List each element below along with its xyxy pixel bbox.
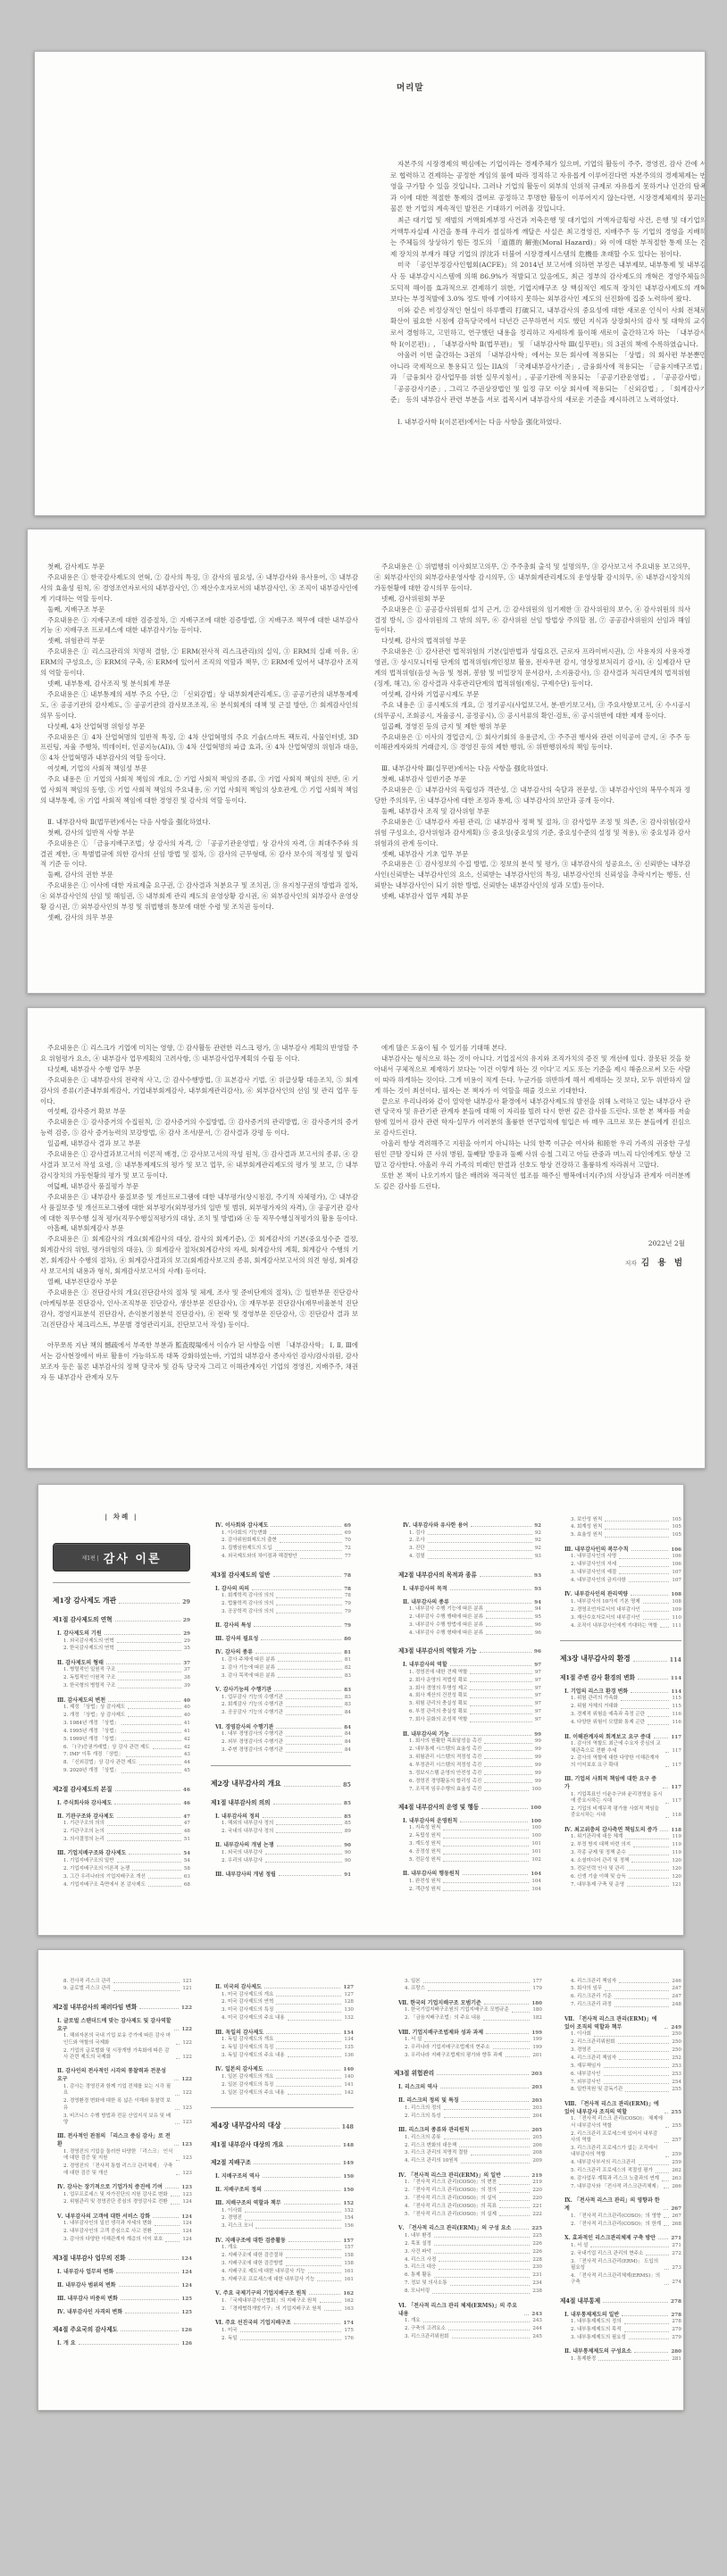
leader-dots [324, 2310, 341, 2311]
paragraph: 내부감사는 형식으로 하는 것이 아니다. 기업질서의 유지와 조직가치의 증진… [374, 1054, 690, 1096]
toc-entry: Ⅷ. 「전사적 리스크 관리(ERM)」에 있어 내부감사 조직의 역할255 [564, 2099, 681, 2115]
leader-dots [121, 1732, 181, 1733]
paragraph: 끝으로 우리나라와 같이 열악한 내부감사 환경에서 내부감사제도의 발전을 위… [374, 1096, 690, 1139]
toc-entry: Ⅲ. 독일의 감사제도134 [215, 2028, 354, 2036]
toc-entry: 3. 공공감사 기능의 수행기관84 [221, 1710, 351, 1716]
toc-entry: 3. 주변 경영감사의 수행기관84 [221, 1747, 351, 1754]
toc-entry-title: 제2절 감사제도의 본질 [53, 1784, 113, 1793]
paragraph: 주요내용은 ① 감사결과보고서의 이론적 배경, ② 감사보고서의 작성 원칙,… [40, 1149, 358, 1181]
toc-entry-page-number: 206 [532, 2143, 542, 2149]
toc-entry-page-number: 123 [181, 2185, 192, 2190]
toc-entry-page-number: 263 [672, 2176, 681, 2182]
leader-dots [665, 2127, 669, 2128]
toc-entry-title: Ⅱ. 기관구조와 감사제도 [57, 1812, 114, 1820]
toc-entry: 2. 한국감사제도의 연혁35 [63, 1646, 190, 1652]
leader-dots [254, 1626, 341, 1627]
toc-entry: 1. 경영진의 기업을 둘러싼 다양한 「리스크」 인식에 대한 검증 및 지원… [63, 2149, 192, 2163]
toc-entry-title: 2. 감사의 역할에 대한 다양한 이해관계자의 이익보호 요구 확대 [571, 1755, 663, 1769]
toc-entry-page-number: 120 [672, 1866, 681, 1872]
leader-dots [634, 2352, 668, 2353]
leader-dots [155, 2233, 180, 2234]
toc-entry-page-number: 142 [344, 2090, 354, 2097]
toc-entry-title: 5. 정보시스템 운영의 안전성 촉진 [409, 1771, 481, 1777]
toc-entry-title: 2. 「경제협력개발기구」의 기업지배구조 원칙 [221, 2306, 322, 2313]
toc-entry: 1. 「국제내부감사인협회」의 지배구조 원칙162 [221, 2298, 354, 2305]
leader-dots [664, 2188, 669, 2188]
leader-dots [664, 2113, 668, 2113]
toc-entry-title: 1. 서 설 [405, 2037, 422, 2043]
toc-entry: 1. 내부감사 수행 기능에 따른 분류94 [409, 1606, 541, 1613]
toc-entry-title: 6. 부정 관리의 충실성 확보 [409, 1709, 467, 1715]
toc-entry-page-number: 99 [535, 1771, 541, 1777]
toc-entry-page-number: 123 [182, 2192, 192, 2198]
toc-entry: Ⅴ. 「전사적 리스크 관리(ERM)」의 구성 요소225 [398, 2223, 542, 2231]
leader-dots [665, 2156, 669, 2157]
toc-column-2: Ⅳ. 이사회와 감사제도691. 이사회의 기능변화692. 감사위원회제도의 … [211, 1515, 351, 1878]
leader-dots [175, 2109, 180, 2110]
leader-dots [654, 1738, 669, 1738]
toc-entry-title: 제3장 내부감사의 환경 [560, 1654, 631, 1663]
paragraph: 주요내용은 ① 지배구조에 대한 검증절차, ② 지배구조에 대한 검증방법, … [40, 615, 358, 637]
toc-entry-page-number: 156 [344, 2223, 354, 2230]
toc-entry: 8. 일반직원 및 감독기관255 [571, 2087, 681, 2093]
toc-entry-title: 3. 1984년 개정 「상법」 [63, 1721, 119, 1727]
toc-entry-title: 3. 일본 감사제도의 주요 내용 [221, 2090, 285, 2097]
toc-entry: 2. 「전사적 리스크관리(COSO)」의 한계268 [571, 2222, 681, 2228]
toc-entry-title: 1. 위험 관리의 가속화 [571, 1696, 618, 1702]
toc-entry: 1. 감사의 역할도 최근에 수요자 중심의 교체관측으로 전환 추세117 [571, 1741, 681, 1755]
toc-entry-page-number: 105 [672, 1532, 681, 1538]
toc-entry-title: Ⅰ. 기업의 리스크 환경 변화 [564, 1687, 628, 1695]
toc-entry-title: 3. 미국 감사제도의 특징 [221, 2007, 273, 2013]
toc-entry-page-number: 228 [532, 2257, 542, 2263]
toc-entry-title: 2. 경영진의 「전사적 통합 리스크 관리체제」 구축에 대한 검증 및 개선 [63, 2163, 173, 2177]
leader-dots [604, 2075, 670, 2076]
toc-entry-page-number: 58 [184, 1866, 190, 1872]
toc-entry: 2. 기업의 비재무적 평가를 사회적 책임을 중요시하는 시대118 [571, 1806, 681, 1820]
toc-entry-page-number: 90 [344, 1843, 351, 1848]
toc-entry-page-number: 121 [182, 1986, 192, 1992]
toc-entry: 5. 리스크 대응230 [405, 2264, 542, 2271]
toc-entry: 3. 회사 경영의 투명성 제고97 [409, 1686, 541, 1692]
toc-entry-title: 3. 리스크관리위원회 [405, 2334, 449, 2340]
leader-dots [493, 2048, 531, 2049]
toc-entry-page-number: 180 [531, 2001, 542, 2006]
toc-entry: Ⅳ. 이사회와 감사제도69 [215, 1521, 351, 1529]
toc-entry-page-number: 79 [345, 1609, 351, 1615]
toc-entry-title: 3. 비즈니스 수행 방법과 전문 산업지식 보유 및 배양 [63, 2113, 172, 2127]
toc-entry: 4. 리스크 관리의 10원칙209 [405, 2158, 542, 2164]
toc-entry-title: Ⅲ. 감사제도의 변천 [57, 1696, 105, 1704]
toc-entry: Ⅰ. 주식회사와 감사제도46 [57, 1798, 190, 1806]
toc-entry: 7. 외부감사인254 [571, 2080, 681, 2086]
leader-dots [277, 1846, 342, 1847]
leader-dots [631, 1692, 668, 1693]
toc-entry: 1. 「전사적 리스크 관리(COSO)」의 변천219 [405, 2180, 542, 2186]
toc-entry-page-number: 255 [671, 2110, 681, 2115]
leader-dots [264, 2190, 340, 2191]
leader-dots [484, 1790, 529, 1791]
toc-entry-title: Ⅱ. 리스크의 정의 및 특징 [398, 2096, 459, 2104]
toc-entry-title: 3. 지배구조에 대한 검증방법 [221, 2261, 283, 2267]
leader-dots [514, 2229, 529, 2230]
leader-dots [470, 1713, 532, 1714]
toc-entry-page-number: 45 [184, 1768, 190, 1774]
toc-header: | 차례 | [53, 1512, 190, 1521]
leader-dots [148, 1886, 181, 1887]
paragraph: 셋째, 위험관리 부문 [40, 636, 358, 646]
leader-dots [434, 2253, 530, 2254]
toc-entry-title: 3. 내부감사인의 예절 [571, 1570, 616, 1576]
leader-dots [484, 1774, 532, 1775]
leader-dots [263, 1817, 342, 1818]
toc-entry: 1. 감사는 경영진과 함께 기업 전체를 보는 시각 필요122 [63, 2084, 192, 2097]
toc-entry-page-number: 41 [184, 1721, 190, 1727]
toc-entry: 2. 감사 기능에 따른 분류82 [221, 1665, 351, 1671]
toc-entry-page-number: 123 [182, 2105, 192, 2112]
toc-entry-page-number: 63 [184, 1874, 190, 1880]
toc-entry: Ⅵ. 주요 선진국의 기업지배구조174 [215, 2318, 354, 2326]
toc-entry: 제2절 내부감사의 목적과 종류93 [398, 1570, 541, 1579]
toc-entry-page-number: 37 [184, 1667, 190, 1673]
toc-entry-title: Ⅷ. 기업지배구조법제와 성과 과제 [398, 2028, 483, 2036]
leader-dots [117, 1817, 181, 1818]
toc-entry: Ⅱ. 감사의 특성79 [215, 1621, 351, 1629]
leader-dots [275, 1550, 342, 1551]
leader-dots [288, 2094, 342, 2095]
leader-dots [171, 2204, 180, 2205]
leader-dots [622, 2315, 668, 2316]
leader-dots [631, 1862, 669, 1863]
toc-entry-title: 4. 외국제도와의 차이점과 해결방안 [221, 1554, 297, 1560]
toc-entry-title: 2. 미국 감사제도의 연혁 [221, 1999, 273, 2005]
toc-entry: 6. 신생 기술 이해 및 습득120 [571, 1874, 681, 1880]
toc-entry-page-number: 248 [672, 2002, 681, 2008]
toc-entry-title: 4. 「전사적 리스크 관리(COSO)」의 목표 [405, 2204, 497, 2210]
leader-dots [284, 1786, 340, 1787]
toc-entry: 제4장 내부감사의 대상148 [211, 2107, 354, 2130]
toc-entry-title: 4. 내부감사부서의 리스크관리 [571, 2160, 636, 2166]
toc-entry-page-number: 162 [344, 2298, 354, 2305]
toc-entry: 2. 리스크 변화의 대응책206 [405, 2143, 542, 2149]
leader-dots [499, 2200, 530, 2201]
leader-dots [598, 2360, 669, 2361]
toc-entry-page-number: 255 [672, 2087, 681, 2093]
toc-entry-page-number: 268 [672, 2222, 681, 2228]
leader-dots [428, 1558, 532, 1559]
toc-entry-title: 2. 구축의 고려요소 [405, 2326, 446, 2332]
leader-dots [165, 2188, 179, 2188]
toc-entry-page-number: 51 [184, 1837, 190, 1843]
toc-entry-title: 2. 위험관리 및 경영진단 중심의 경영감사로 전환 [63, 2199, 168, 2205]
toc-entry-title: 2. 일본 감사제도의 특징 [221, 2082, 273, 2088]
toc-entry-title: 6. 통제 활동 [405, 2272, 431, 2279]
toc-entry: 5. 지배구조 프로세스에 대한 내부감사 기능161 [221, 2277, 354, 2283]
leader-dots [107, 1840, 181, 1841]
toc-entry: 5. 전문인력 인사 및 관리120 [571, 1866, 681, 1872]
leader-dots [486, 1611, 532, 1612]
paragraph: 주요내용은 ① 내부감사의 독립성과 객관성, ② 내부감사의 숙달과 전문성,… [374, 785, 690, 806]
toc-entry: 4. 내부감사인의 금지사항107 [571, 1578, 681, 1584]
toc-entry: 1. 미국175 [221, 2328, 354, 2334]
toc-entry-page-number: 243 [531, 2312, 542, 2317]
toc-entry-title: 1. 리스크의 정의 [405, 2105, 441, 2112]
paragraph: Ⅰ. 내부감사학 Ⅰ(이론편)에서는 다음 사항을 强化하였다. [390, 417, 706, 429]
toc-entry: 제2절 감사제도의 본질46 [53, 1784, 190, 1793]
toc-entry-title: Ⅱ. 지배구조의 정의 [215, 2185, 262, 2193]
toc-entry-page-number: 179 [532, 1986, 542, 1992]
leader-dots [245, 2212, 341, 2213]
toc-entry: Ⅱ. 내부통제제도의 구성요소280 [564, 2347, 681, 2355]
toc-entry: Ⅱ. 내부감사의 종류94 [403, 1597, 541, 1605]
toc-entry-title: 2. 경영환경 변화에 대한 폭 넓은 이해와 통찰력 보유 [63, 2098, 172, 2112]
leader-dots [443, 1830, 529, 1830]
toc-entry-title: 1. 이사회 [571, 2031, 591, 2038]
toc-entry-title: 1. 감사 주체에 따른 분류 [221, 1657, 275, 1663]
leader-dots [512, 2012, 531, 2013]
toc-entry-page-number: 247 [672, 1986, 681, 1992]
toc-entry-page-number: 77 [345, 1554, 351, 1560]
toc-entry: Ⅳ. 내부감사인 자격의 변화125 [57, 2307, 192, 2315]
toc-entry-title: 4. 공정성 원칙 [409, 1849, 440, 1855]
leader-dots [486, 1626, 532, 1627]
leader-dots [423, 2322, 531, 2322]
toc-entry-page-number: 220 [532, 2188, 542, 2194]
leader-dots [629, 1855, 670, 1855]
leader-dots [504, 2176, 529, 2177]
toc-entry-title: 1. 위기관리에 대응 체계 [571, 1834, 623, 1840]
toc-entry-title: Ⅱ. 내부감사 범위의 변화 [57, 2280, 116, 2288]
leader-dots [604, 2067, 670, 2068]
leader-dots [118, 1680, 181, 1680]
toc-entry-title: 3. 리스크관리 프로세스가 없는 조직에서 내부감사의 역할 [571, 2146, 663, 2159]
toc-entry-page-number: 158 [344, 2261, 354, 2267]
toc-entry: 5. 정보시스템 운영의 안전성 촉진99 [409, 1771, 541, 1777]
toc-entry: 1. 기업지배구조의 일반54 [63, 1858, 190, 1864]
toc-entry-title: 6. 감사업무 계획과 리스크 노출과의 연계 [571, 2176, 659, 2182]
toc-entry-page-number: 99 [535, 1763, 541, 1769]
toc-entry: 7. 회사 문화의 조성적 역할97 [409, 1717, 541, 1723]
toc-entry: Ⅹ. 효과적인 리스크관리체제 구축 방안271 [564, 2233, 681, 2241]
leader-dots [428, 1542, 532, 1543]
toc-entry-page-number: 92 [535, 1538, 541, 1544]
toc-entry-title: 2. 한국감사제도의 연혁 [63, 1646, 114, 1652]
leader-dots [175, 2095, 180, 2096]
toc-entry-page-number: 44 [184, 1760, 190, 1766]
toc-entry-page-number: 78 [344, 1587, 351, 1592]
leader-dots [274, 1690, 341, 1691]
toc-entry-title: 3. 의사결정의 논리 [63, 1837, 104, 1843]
leader-dots [506, 2056, 531, 2057]
toc-entry-title: Ⅲ. 지배구조의 역할과 책무 [215, 2198, 281, 2206]
toc-entry: 1. 기업목표인 이윤추구와 윤리경영을 동시에 중요시하는 시대117 [571, 1792, 681, 1805]
toc-entry-page-number: 116 [672, 1720, 681, 1726]
toc-entry-page-number: 124 [182, 2237, 192, 2243]
toc-entry-page-number: 105 [672, 1517, 681, 1523]
toc-entry-page-number: 99 [535, 1755, 541, 1761]
leader-dots [255, 1653, 341, 1654]
leader-dots [605, 1521, 669, 1521]
toc-entry-page-number: 126 [181, 2328, 192, 2333]
leader-dots [621, 1700, 669, 1701]
toc-entry: Ⅱ. 내부감사의 기능99 [403, 1730, 541, 1738]
paragraph: 둘째, 감사의 권한 부문 [40, 870, 358, 880]
leader-dots [484, 2004, 529, 2005]
leader-dots [663, 1788, 668, 1788]
toc-entry-title: Ⅱ. 내부통제제도의 구성요소 [564, 2347, 631, 2355]
paragraph: 주요내용은 ① 내부감사 자원 관리, ② 내부감사 정책 및 절차, ③ 감사… [374, 817, 690, 849]
toc-entry-title: 4. 리스크 관리의 10원칙 [405, 2158, 458, 2164]
toc-entry-page-number: 176 [344, 2336, 354, 2342]
toc-entry-page-number: 204 [532, 2113, 542, 2120]
leader-dots [118, 1671, 181, 1672]
toc-entry: 1. 개요157 [221, 2245, 354, 2251]
toc-entry-title: Ⅳ. 감사는 장기적으로 기업가치 증진에 기여 [57, 2182, 163, 2190]
toc-entry-title: 1. 검사 [409, 1530, 425, 1537]
toc-entry-page-number: 83 [345, 1702, 351, 1708]
toc-entry: 1. 「전사적 리스크관리(COSO)」의 영향267 [571, 2213, 681, 2220]
leader-dots [444, 2138, 531, 2139]
leader-dots [265, 1862, 342, 1863]
toc-entry-title: 4. 리스크 사정 [405, 2257, 436, 2263]
toc-entry: Ⅲ. 기업지배구조와 감사제도54 [57, 1848, 190, 1856]
toc-entry-page-number: 244 [532, 2326, 542, 2332]
toc-entry: Ⅳ. 감사의 종류81 [215, 1647, 351, 1655]
toc-entry-page-number: 99 [535, 1779, 541, 1785]
toc-entry-title: 제3절 위험관리 [394, 2068, 434, 2077]
toc-entry-page-number: 79 [345, 1601, 351, 1607]
leader-dots [423, 1982, 531, 1983]
leader-dots [428, 1550, 532, 1551]
toc-entry-title: 1. 제정 「상법」상 감사제도 [63, 1705, 125, 1711]
toc-entry-page-number: 123 [182, 2171, 192, 2177]
toc-entry: 1. 「전사적 리스크 관리(COSO)」 체제에서 내부감사의 역할255 [571, 2116, 681, 2130]
leader-dots [486, 1634, 532, 1635]
leader-dots [286, 1736, 342, 1737]
toc-entry-page-number: 254 [672, 2080, 681, 2086]
leader-dots [643, 1611, 669, 1612]
toc-entry-title: 1. 내부감사인의 일선 생각과 자세의 변화 [63, 2221, 152, 2227]
toc-entry-title: 4. 리스크관리 책임자 [571, 2055, 616, 2062]
toc-entry-title: 2. 감사 기능에 따른 분류 [221, 1665, 275, 1671]
toc-entry-title: 4. 조직이 내부감사인에게 기대하는 역할 [571, 1623, 657, 1630]
toc-entry-page-number: 42 [184, 1737, 190, 1743]
leader-dots [470, 1705, 532, 1706]
toc-entry: 1. 위험 관리의 가속화115 [571, 1696, 681, 1702]
toc-entry: 5. 「전사적 리스크 관리(COSO)」의 실제222 [405, 2212, 542, 2218]
leader-dots [481, 1808, 528, 1809]
toc-entry: Ⅱ. 리스크의 정의 및 특징203 [398, 2096, 542, 2104]
leader-dots [665, 1803, 669, 1804]
toc-entry-page-number: 100 [531, 1819, 541, 1824]
toc-entry-title: Ⅶ. 한국의 기업지배구조 모범기준 [398, 1998, 481, 2006]
toc-entry: 1. 제정 「상법」상 감사제도40 [63, 1705, 190, 1711]
toc-entry-title: 5. 「전사적 리스크 관리(COSO)」의 실제 [405, 2212, 497, 2218]
toc-entry-page-number: 115 [672, 1704, 681, 1710]
toc-entry-page-number: 128 [344, 1999, 354, 2005]
toc-entry-page-number: 158 [344, 2253, 354, 2259]
leader-dots [279, 1875, 341, 1876]
leader-dots [664, 2269, 669, 2270]
toc-entry: 5. 재무책임자253 [571, 2063, 681, 2070]
toc-entry-page-number: 122 [181, 2005, 192, 2011]
toc-entry-title: 7. 내부통제 구축 및 운영 [571, 1882, 624, 1888]
toc-entry-title: Ⅴ. 감사기능의 수행기관 [215, 1685, 272, 1693]
leader-dots [240, 2331, 342, 2332]
signature-name: 김 용 범 [641, 1258, 685, 1268]
toc-entry-page-number: 123 [182, 2155, 192, 2162]
toc-entry-page-number: 99 [535, 1738, 541, 1745]
toc-entry: 1. 감사 주체에 따른 분류81 [221, 1657, 351, 1663]
toc-entry-page-number: 152 [343, 2201, 354, 2206]
toc-entry: 1. 업무감사 기능의 수행기관83 [221, 1695, 351, 1701]
toc-entry-title: 3. 공공학적 감사의 의의 [221, 1609, 273, 1615]
paragraph: 미국 「공인부정감사인협회(ACFE)」의 2014년 보고서에 의하면 부정은… [390, 260, 706, 304]
part-number-label: 제1편 | [81, 1554, 98, 1562]
toc-entry-title: 3. 주변 경영감사의 수행기관 [221, 1747, 283, 1754]
toc-entry: Ⅲ. 내부감사의 개념 정립91 [215, 1870, 351, 1878]
toc-entry-title: Ⅸ. 「전사적 리스크 관리」의 영향과 한계 [564, 2196, 661, 2212]
toc-entry-title: Ⅰ. 리스크의 역사 [398, 2082, 438, 2090]
toc-entry: Ⅰ. 내부감사의 정의85 [215, 1812, 351, 1820]
toc-entry-title: Ⅲ. 전사적인 관점의 「리스크 중심 감사」로 전환 [57, 2131, 171, 2147]
toc-entry: 1. 이사회250 [571, 2031, 681, 2038]
toc-entry: 8. 모니터링238 [405, 2288, 542, 2295]
toc-entry-title: 1. 내부감사의 10가지 기본 명제 [571, 1599, 640, 1605]
toc-entry-title: Ⅳ. 지배구조에 대한 검증활동 [215, 2236, 286, 2244]
toc-entry-page-number: 79 [344, 1623, 351, 1629]
toc-entry-title: 4. 소셜미디어 관리 및 정책 [571, 1858, 629, 1864]
toc-entry-page-number: 127 [343, 1985, 354, 1990]
toc-entry-page-number: 84 [344, 1725, 351, 1730]
preface-right-column: 주요내용은 ① 위법행위 이사회보고의무, ② 주주총회 출석 및 설명의무, … [374, 562, 690, 902]
toc-entry-title: 8. 일반직원 및 감독기관 [571, 2087, 623, 2093]
toc-entry: 3. 리스크 관리의 치명적 결함208 [405, 2150, 542, 2156]
paragraph: 아울러 항상 격려해주고 지원을 아끼지 아니하는 나의 한쪽 이규순 여사와 … [374, 1138, 690, 1171]
toc-entry-page-number: 148 [343, 2143, 354, 2148]
toc-entry-page-number: 124 [181, 2283, 192, 2288]
toc-entry-page-number: 42 [184, 1745, 190, 1751]
toc-entry: 1. 한국기업지배구조원의 기업지배구조 모범규준180 [405, 2007, 542, 2013]
toc-entry: 2. 리스크관리 프로세스에 있어서 내부감사의 역할257 [571, 2131, 681, 2145]
toc-entry: 2. 위험 자체의 거대화115 [571, 1704, 681, 1710]
toc-entry-page-number: 203 [532, 2105, 542, 2112]
toc-entry-page-number: 29 [183, 1631, 190, 1637]
paragraph: 주요내용은 ① 위법행위 이사회보고의무, ② 주주총회 출석 및 설명의무, … [374, 562, 690, 594]
leader-dots [113, 1982, 180, 1983]
toc-entry: 2. 내부통제 시스템의 효율성 촉진99 [409, 1747, 541, 1753]
toc-entry: Ⅲ. 기업의 사회적 책임에 대한 요구 증가117 [564, 1774, 681, 1790]
leader-dots [664, 2209, 669, 2210]
leader-dots [633, 1847, 669, 1847]
paragraph: 주요내용은 ① 리스크관리의 치명적 결함, ② ERM(전사적 리스크관리)의… [40, 646, 358, 679]
toc-entry-page-number: 47 [184, 1821, 190, 1827]
toc-entry-page-number: 121 [672, 1882, 681, 1888]
toc-entry: 3. 위험관리 시스템의 적정성 촉진99 [409, 1755, 541, 1761]
leader-dots [428, 1534, 532, 1535]
toc-entry-title: 2. 리스크관리위원회 [571, 2039, 615, 2046]
toc-entry: 4. 지배구조 제도에 대한 내부감사 기능161 [221, 2269, 354, 2275]
toc-entry-page-number: 39 [184, 1683, 190, 1689]
leader-dots [276, 1996, 341, 1997]
toc-entry-page-number: 97 [535, 1717, 541, 1723]
toc-entry-page-number: 175 [344, 2328, 354, 2334]
leader-dots [121, 2299, 179, 2300]
toc-entry: 1. 내부감사인의 일선 생각과 자세의 변화124 [63, 2221, 192, 2227]
toc-entry-title: 3. 독일 감사제도의 주요 내용 [221, 2053, 285, 2059]
toc-entry-page-number: 152 [344, 2208, 354, 2214]
toc-entry-page-number: 135 [344, 2045, 354, 2051]
